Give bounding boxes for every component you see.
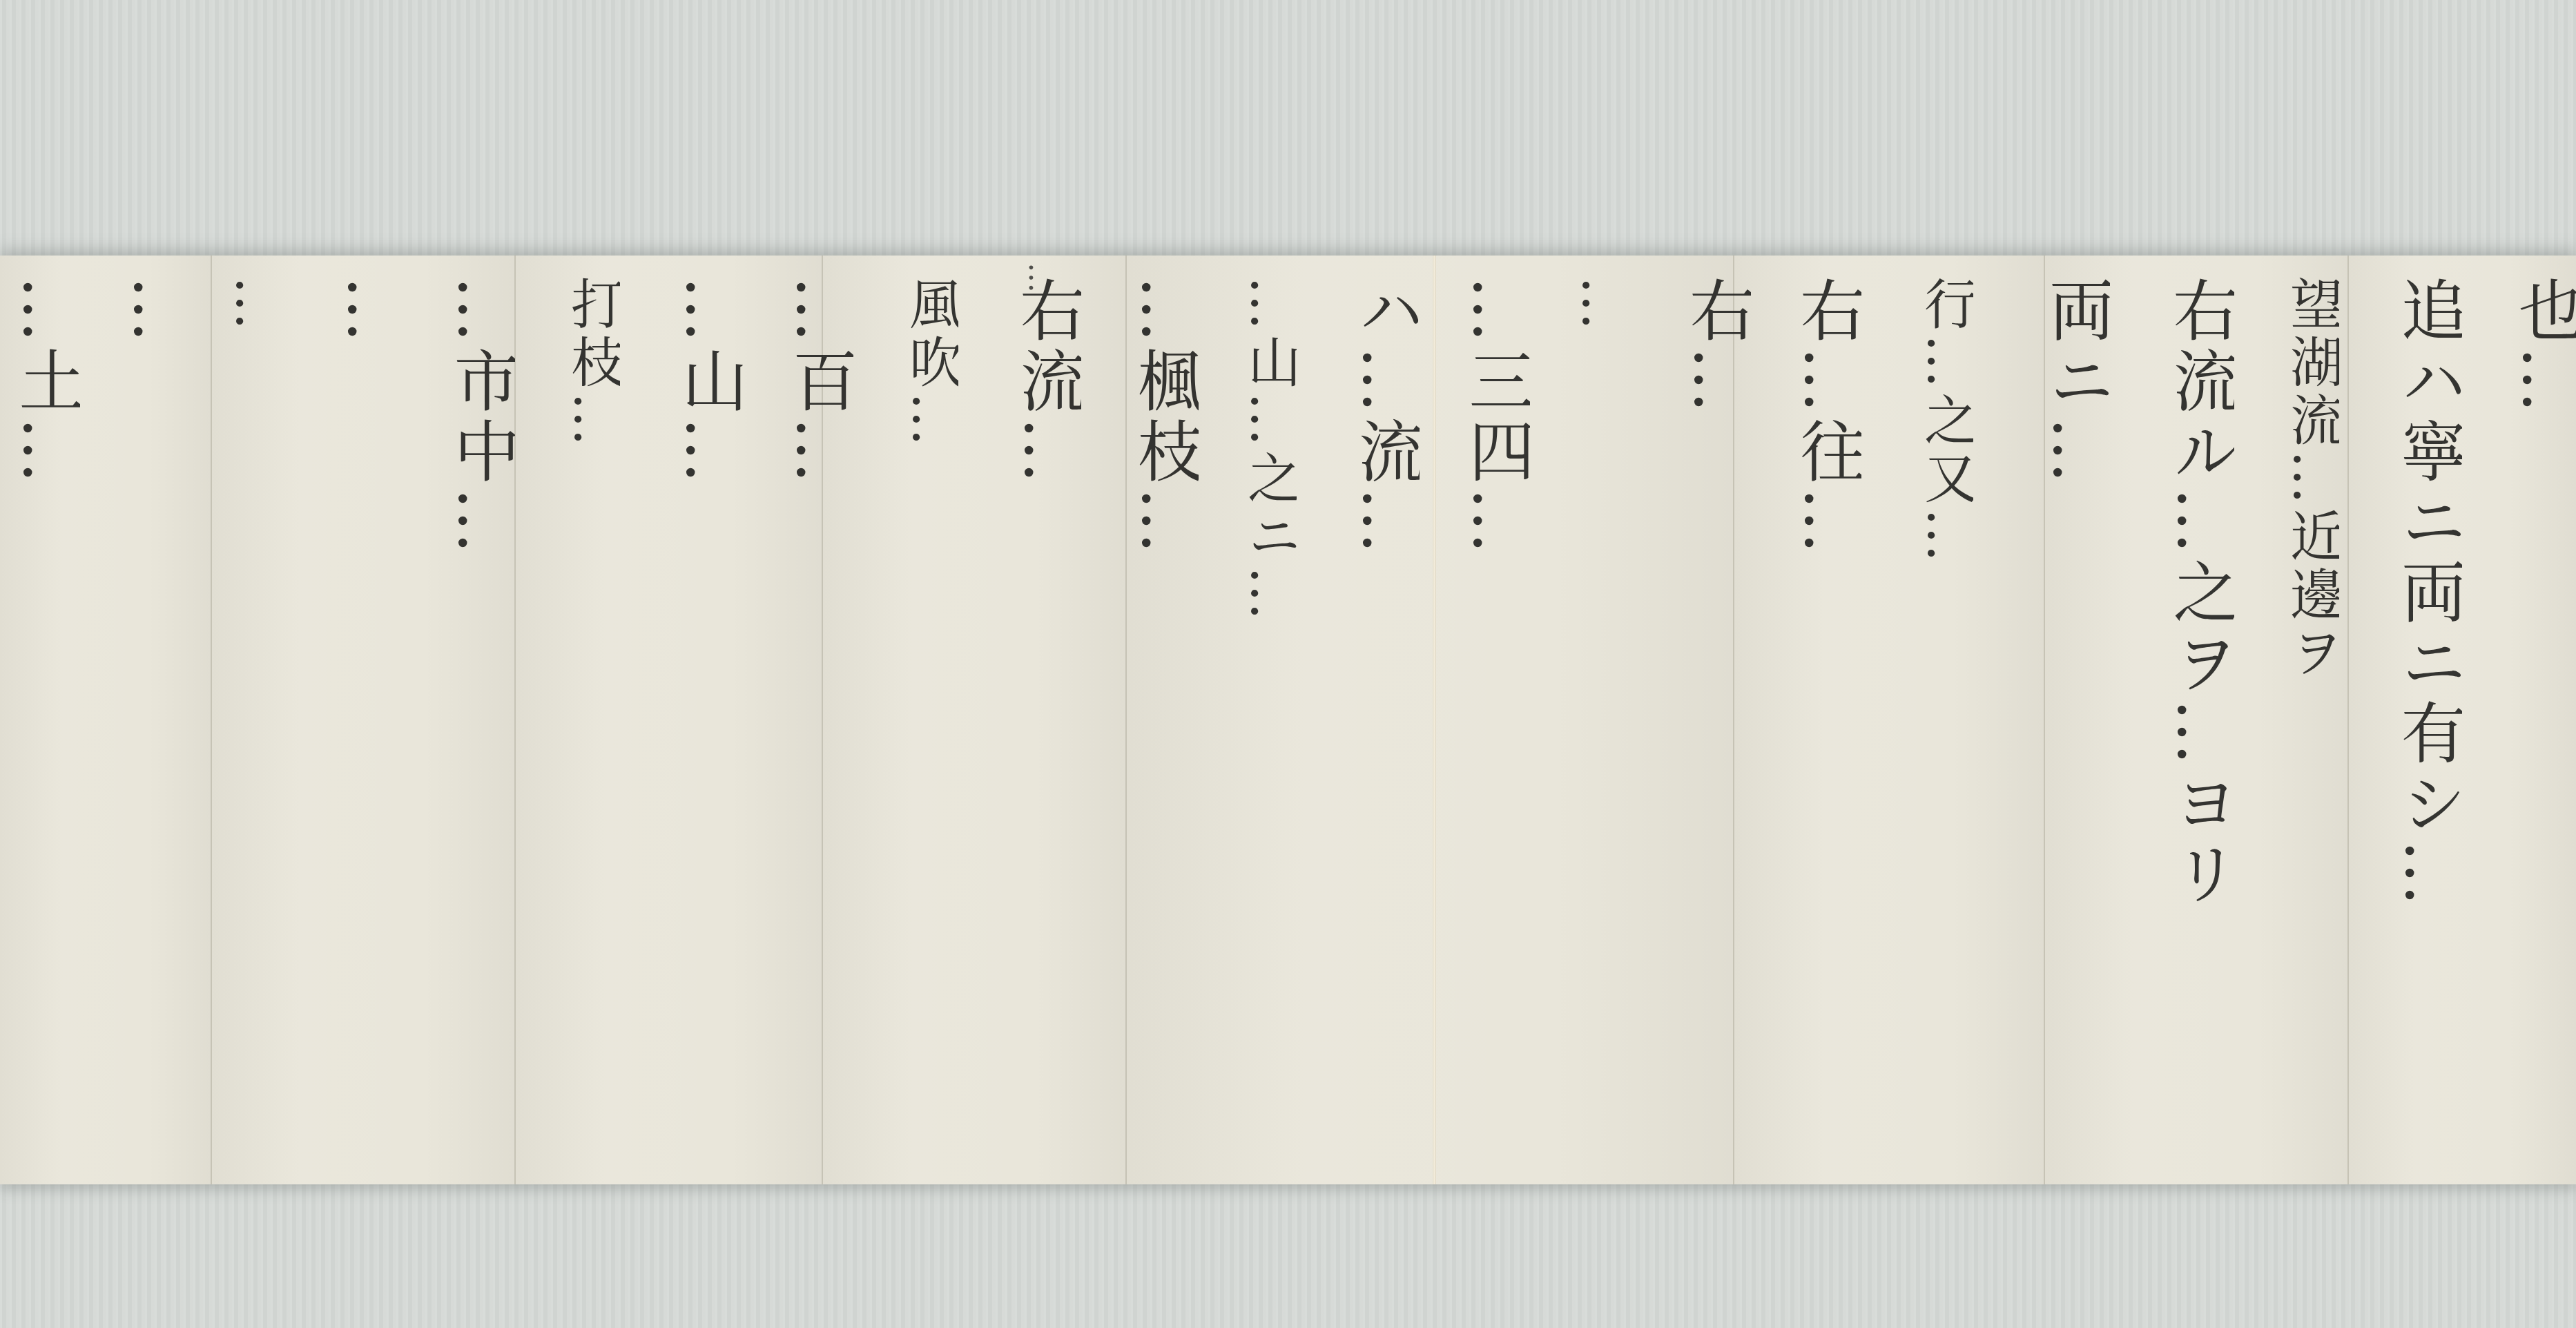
text-column: 打枝… bbox=[566, 276, 620, 1153]
fold-crease bbox=[2347, 256, 2349, 1184]
text-column: …土… bbox=[14, 276, 80, 1153]
fold-crease bbox=[211, 256, 212, 1184]
text-column: … bbox=[124, 276, 191, 1153]
text-column: …楓枝… bbox=[1132, 276, 1199, 1153]
fold-panel bbox=[1125, 256, 1733, 1184]
text-column: 右流ル…之ヲ…ヨリ bbox=[2168, 276, 2234, 1153]
text-column: … bbox=[338, 276, 405, 1153]
text-column: 右流… bbox=[1015, 276, 1081, 1153]
text-column: … bbox=[228, 276, 282, 1153]
text-column: 風吹… bbox=[904, 276, 958, 1153]
text-column: 右… bbox=[1685, 276, 1751, 1153]
text-column: 望湖流…近邊ヲ bbox=[2285, 276, 2339, 1153]
text-column: 行…之又… bbox=[1919, 276, 1973, 1153]
text-column: 両ニ… bbox=[2044, 276, 2110, 1153]
text-column: …山…之ニ… bbox=[1243, 276, 1297, 1153]
manuscript-scroll: 也…追ハ寧ニ両ニ有シ…望湖流…近邊ヲ右流ル…之ヲ…ヨリ両ニ…行…之又…右…往…右… bbox=[0, 256, 2576, 1184]
marginal-annotation: … bbox=[1022, 262, 1057, 293]
fold-crease bbox=[1125, 256, 1127, 1184]
text-column: ハ…流… bbox=[1353, 276, 1420, 1153]
text-column: 右…往… bbox=[1795, 276, 1861, 1153]
fold-panel bbox=[514, 256, 822, 1184]
text-column: …市中… bbox=[449, 276, 515, 1153]
text-column: 也… bbox=[2513, 276, 2576, 1153]
text-column: …百… bbox=[787, 276, 853, 1153]
text-column: …三四… bbox=[1464, 276, 1530, 1153]
text-column: … bbox=[1574, 276, 1628, 1153]
text-column: …山… bbox=[677, 276, 743, 1153]
text-column: 追ハ寧ニ両ニ有シ… bbox=[2396, 276, 2462, 1153]
fold-panel bbox=[1733, 256, 2044, 1184]
